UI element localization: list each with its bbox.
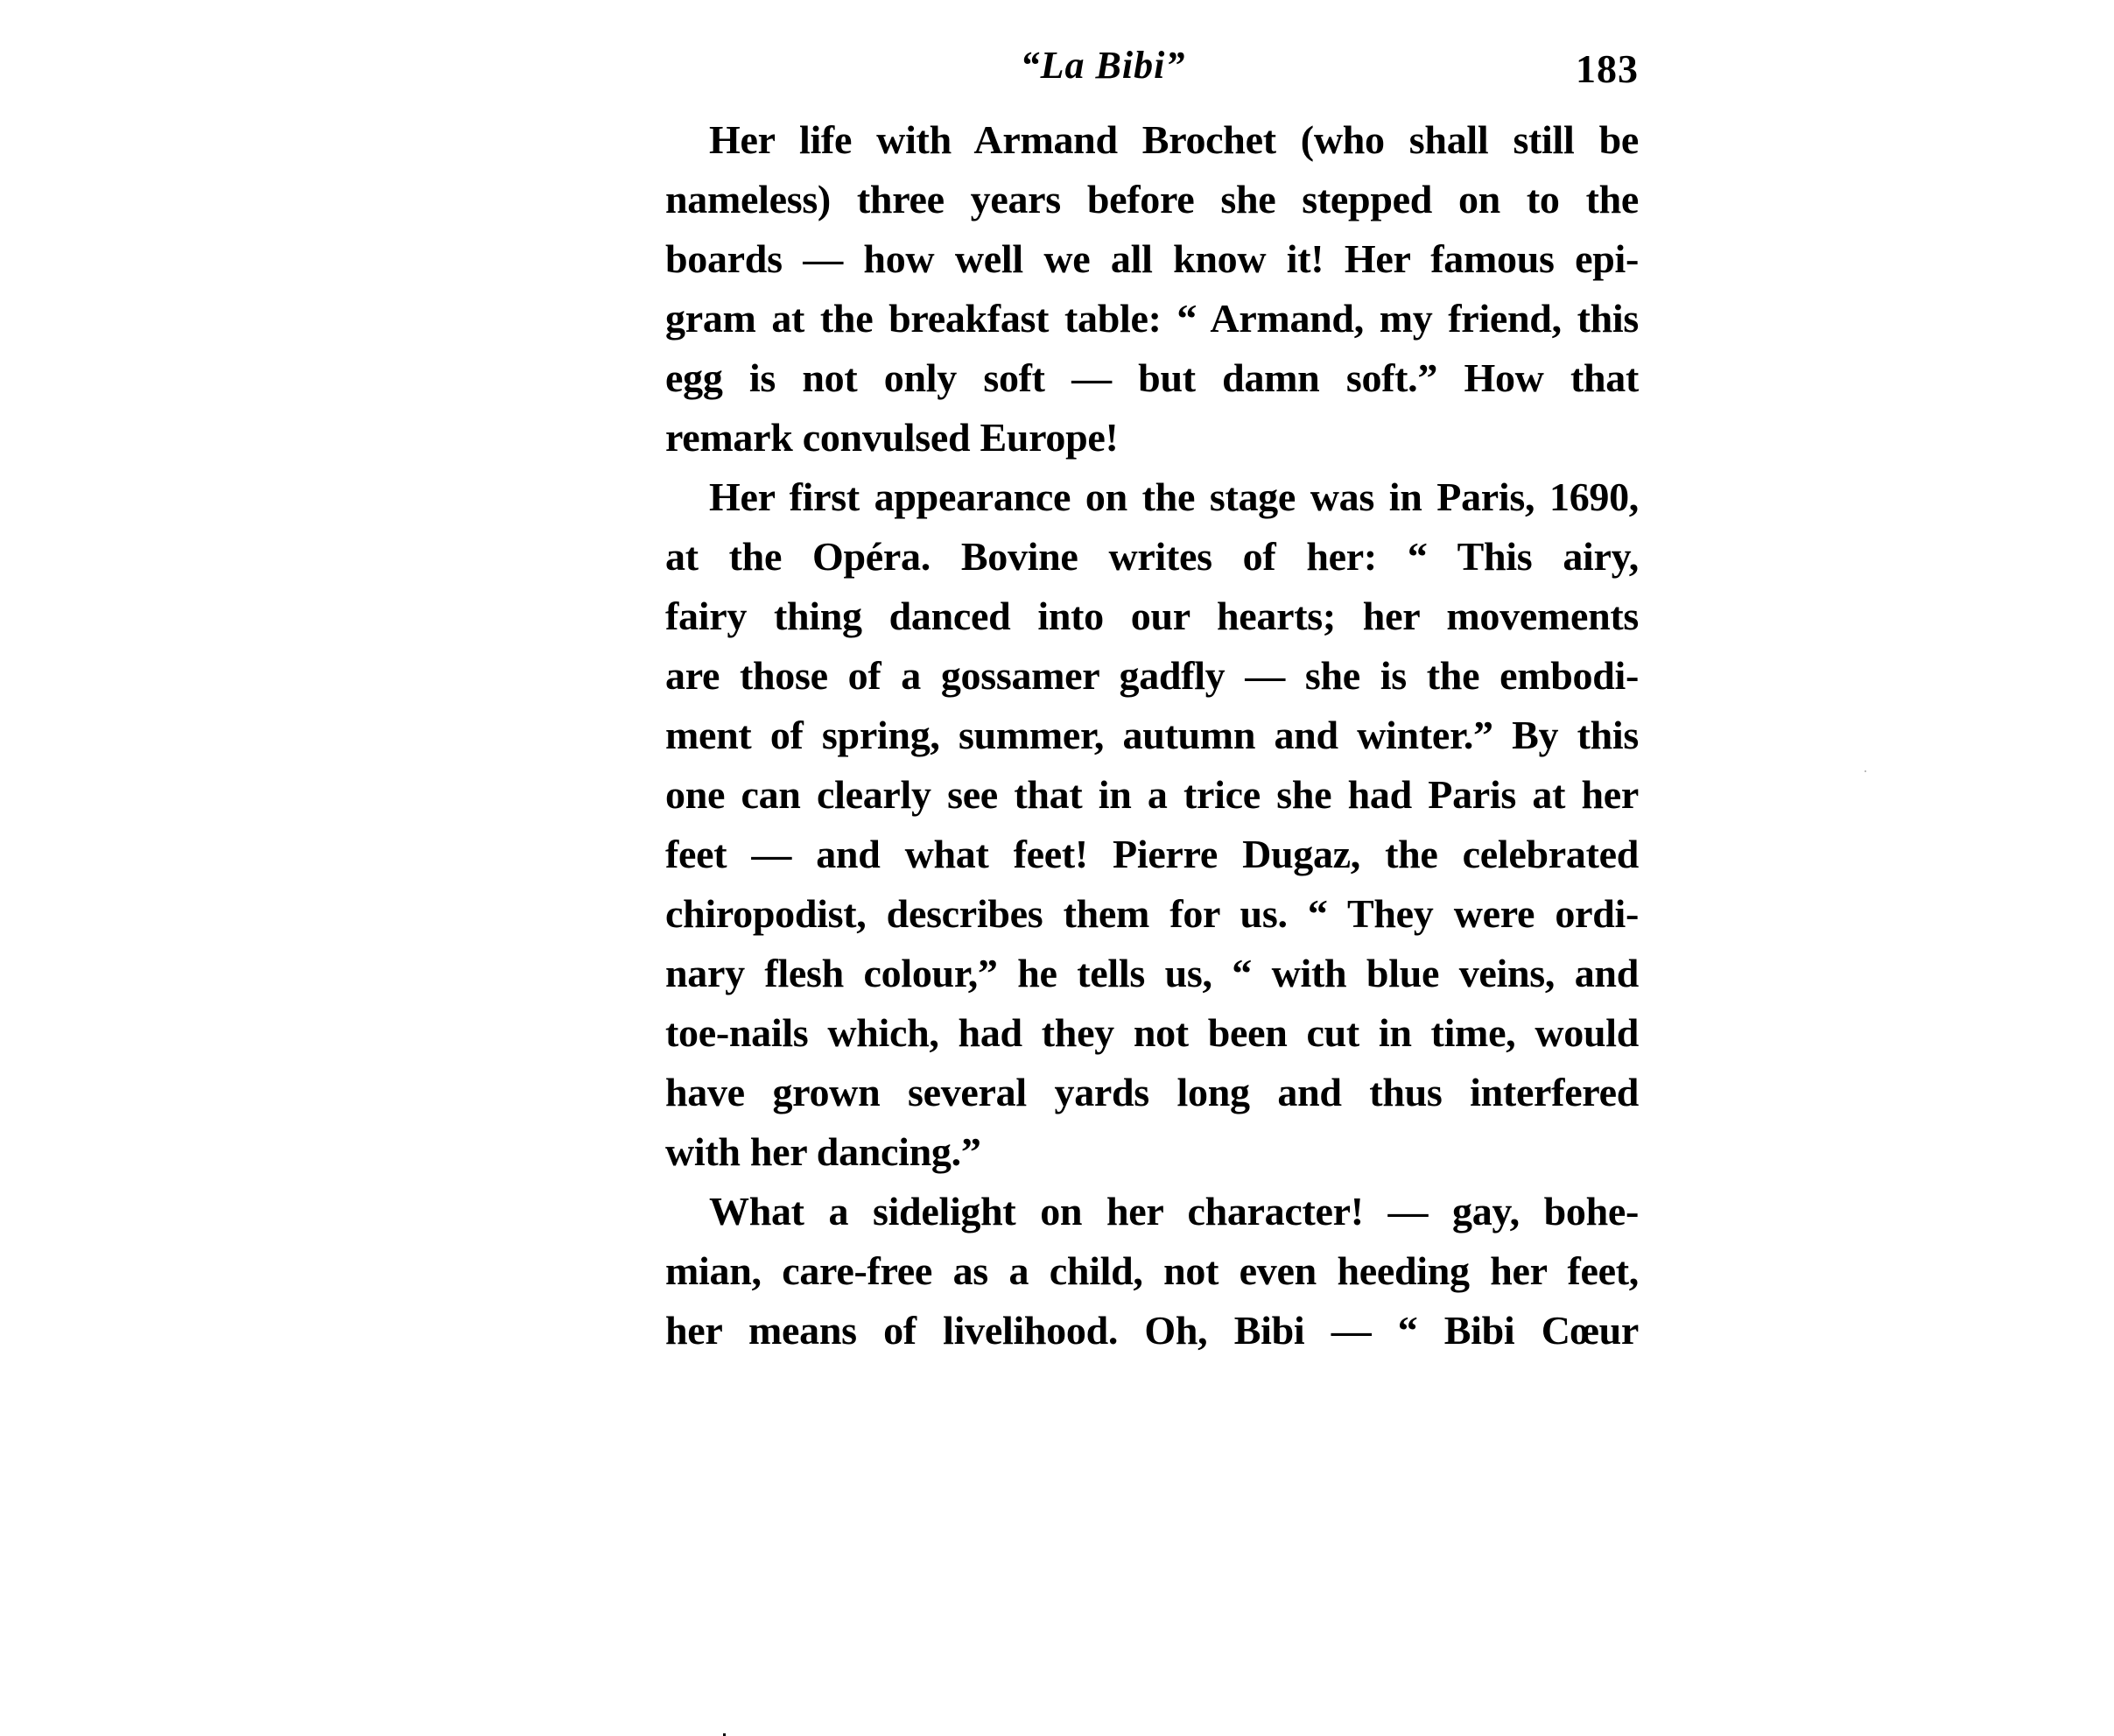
text-line: toe-nails which, had they not been cut i… (665, 1003, 1639, 1063)
text-line: chiropodist, describes them for us. “ Th… (665, 884, 1639, 944)
text-line: boards — how well we all know it! Her fa… (665, 229, 1639, 289)
text-line: are those of a gossamer gadfly — she is … (665, 646, 1639, 706)
text-line: have grown several yards long and thus i… (665, 1063, 1639, 1122)
text-line: feet — and what feet! Pierre Dugaz, the … (665, 825, 1639, 884)
text-line: mian, care-free as a child, not even hee… (665, 1241, 1639, 1301)
text-line: at the Opéra. Bovine writes of her: “ Th… (665, 527, 1639, 587)
text-line: nary flesh colour,” he tells us, “ with … (665, 944, 1639, 1003)
text-line: What a sidelight on her character! — gay… (665, 1182, 1639, 1241)
text-line: egg is not only soft — but damn soft.” H… (665, 348, 1639, 408)
text-line: nameless) three years before she stepped… (665, 170, 1639, 229)
text-line: gram at the breakfast table: “ Armand, m… (665, 289, 1639, 348)
text-line: fairy thing danced into our hearts; her … (665, 587, 1639, 646)
text-line: her means of livelihood. Oh, Bibi — “ Bi… (665, 1301, 1639, 1360)
text-line: with her dancing.” (665, 1122, 1639, 1182)
paragraph-3: What a sidelight on her character! — gay… (665, 1182, 1639, 1360)
running-head: “La Bibi” 183 (665, 35, 1639, 96)
text-line: ment of spring, summer, autumn and winte… (665, 706, 1639, 765)
text-line: one can clearly see that in a trice she … (665, 765, 1639, 825)
paragraph-2: Her first appearance on the stage was in… (665, 467, 1639, 1182)
scan-speck (1865, 770, 1866, 772)
paragraph-1: Her life with Armand Brochet (who shall … (665, 110, 1639, 467)
text-line: Her life with Armand Brochet (who shall … (665, 110, 1639, 170)
running-title: “La Bibi” (665, 35, 1541, 96)
body-text: Her life with Armand Brochet (who shall … (665, 110, 1639, 1360)
book-page: “La Bibi” 183 Her life with Armand Broch… (0, 0, 2114, 1736)
text-line: remark convulsed Europe! (665, 408, 1639, 467)
page-number: 183 (1576, 39, 1639, 100)
text-line: Her first appearance on the stage was in… (665, 467, 1639, 527)
